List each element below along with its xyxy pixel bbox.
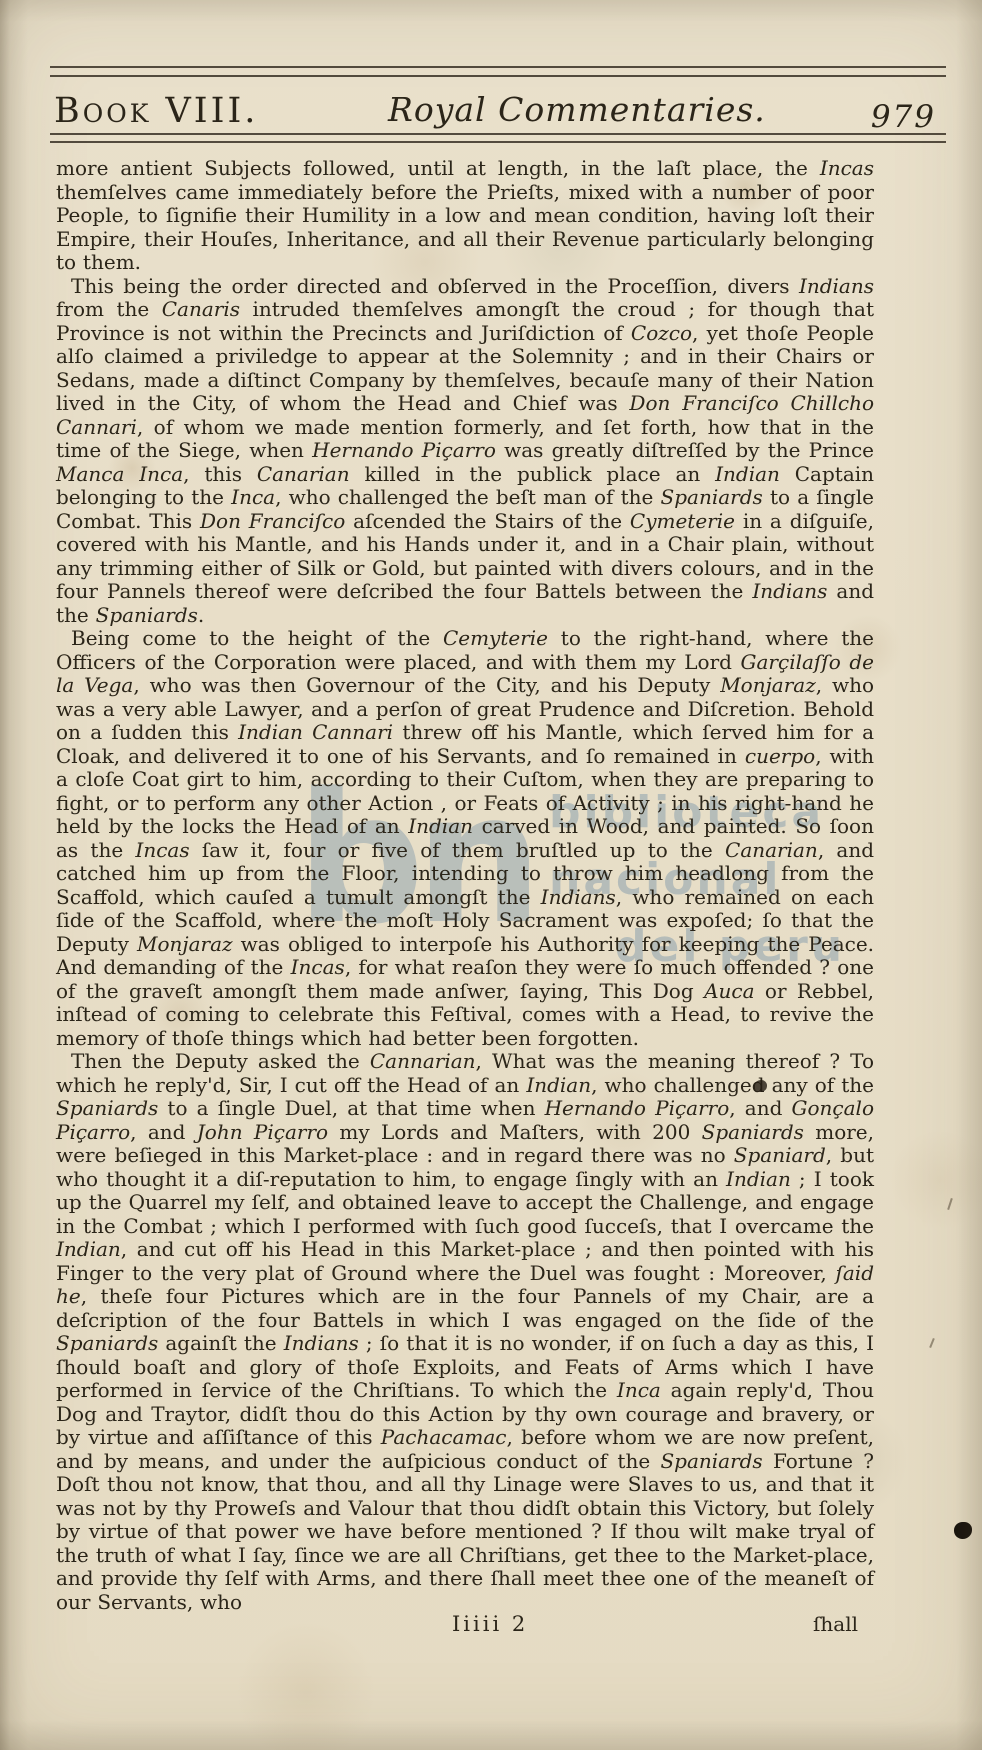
- margin-mark: [947, 1198, 953, 1210]
- header-bottom-rule: [50, 133, 946, 143]
- ink-blot: [754, 1080, 767, 1092]
- margin-mark: [929, 1338, 935, 1348]
- signature-mark: Iiiii 2: [452, 1612, 528, 1636]
- body-text: more antient Subjects followed, until at…: [56, 157, 874, 1614]
- header-top-rule: [50, 66, 946, 77]
- paragraph-3: Being come to the height of the Cemyteri…: [56, 627, 874, 1050]
- book-number: Book VIII.: [54, 91, 258, 131]
- header-row: Book VIII. Royal Commentaries. 979: [50, 77, 946, 133]
- page-number: 979: [871, 99, 936, 135]
- scanned-book-page: Book VIII. Royal Commentaries. 979 bn bi…: [0, 0, 982, 1750]
- paragraph-2: This being the order directed and obſerv…: [56, 275, 874, 628]
- paragraph-1: more antient Subjects followed, until at…: [56, 157, 874, 275]
- running-title: Royal Commentaries.: [388, 90, 766, 129]
- catchword: ſhall: [813, 1612, 858, 1636]
- page-footer: Iiiii 2 ſhall: [56, 1612, 874, 1640]
- page-header: Book VIII. Royal Commentaries. 979: [50, 66, 946, 143]
- paragraph-4: Then the Deputy asked the Cannarian, Wha…: [56, 1050, 874, 1614]
- ink-blot: [954, 1522, 972, 1539]
